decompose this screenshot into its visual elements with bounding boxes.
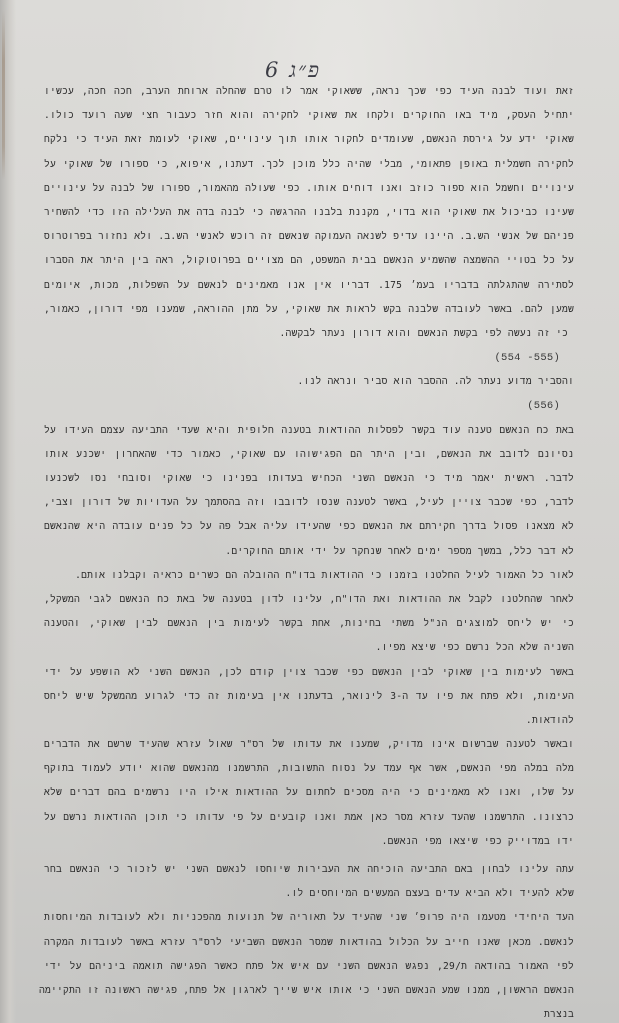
text-line: פניהם של אנשי הש.ב. היינו עדיפ לשנאה העמ… [44,225,574,249]
paragraph: ובאשר לטענה שברשום אינו מדויק, שמענו את … [44,733,574,854]
text-line: להודאות. [44,709,574,733]
text-line: העימות, ולא פתח את פיו עד ה-3 לינואר, בד… [44,685,574,709]
text-line: הנאשם הראשון, ממנו שמע הנאשם השני כי אות… [44,979,574,1003]
transcript-reference: (554 -555) [44,346,574,370]
text-line: לאחר שהחלטנו לקבל את ההודאות ואת הדו"ח, … [44,588,574,612]
text-line: כי זה נעשה לפי בקשת הנאשם והוא דורון נעת… [44,322,574,346]
text-line: ידו במדוייק כפי שיצאו מפי הנאשם. [44,830,574,854]
text-line: יתחיל העסק, מיד באו החוקרים ולקחו את שאו… [44,104,574,128]
text-line: על שלו, ואנו לא מאמינים כי היה מסכים לחת… [44,781,574,805]
text-line: שאוקי ידע על גירסת הנאשם, שעומדים לחקור … [44,128,574,152]
text-line: ובאשר לטענה שברשום אינו מדויק, שמענו את … [44,733,574,757]
text-line: זאת ועוד לבנה העיד כפי שכך נראה, ששאוקי … [44,80,574,104]
text-line: לא דבר כלל, במשך מספר ימים לאחר שנחקר על… [44,540,574,564]
paragraph: לאור כל האמור לעיל החלטנו בזמנו כי ההודא… [44,564,574,588]
text-line: והסביר מדוע נעתר לה. ההסבר הוא סביר ונרא… [44,370,574,394]
paragraph: באת כח הנאשם טענה עוד בקשר לפסלות ההודאו… [44,419,574,564]
text-line: שלא להעיד ולא הביא עדים בעצם המעשים המיו… [44,882,574,906]
text-line: לדבר. ראשית יאמר מיד כי הנאשם השני הכחיש… [44,467,574,491]
text-line: לדבר, כפי שכבר צויין לעיל, באשר לטענה שנ… [44,491,574,515]
text-line: לנאשם. מכאן שאנו חייב על הכלול בהודאות ש… [44,931,574,955]
text-line: עינויים וחשמל הוא ספור כוזב ואנו דוחים א… [44,177,574,201]
transcript-reference: (556) [44,394,574,418]
text-line: לאור כל האמור לעיל החלטנו בזמנו כי ההודא… [44,564,574,588]
text-line: שמען להם. באשר לעובדה שלבנה בקש לראות את… [44,298,574,322]
text-line: עתה עלינו לבחון באם התביעה הוכיחה את העב… [44,858,574,882]
text-line: כי יש ליחס למוצגים הנ"ל משתי בחינות, אחת… [44,612,574,636]
text-line: לחקירה חשמלית באופן פתאומי, מבלי שהיה כל… [44,153,574,177]
paragraph: זאת ועוד לבנה העיד כפי שכך נראה, ששאוקי … [44,80,574,370]
document-body: זאת ועוד לבנה העיד כפי שכך נראה, ששאוקי … [44,80,574,1023]
paragraph: לאחר שהחלטנו לקבל את ההודאות ואת הדו"ח, … [44,588,574,661]
paragraph: העד היחידי מטעמו היה פרופ׳ שני שהעיד על … [44,906,574,1023]
text-line: העד היחידי מטעמו היה פרופ׳ שני שהעיד על … [44,906,574,930]
text-line: השניה שלא הכל נרשם כפי שיצא מפיו. [44,636,574,660]
binding-shadow [2,10,5,180]
text-line: בנצרת [44,1003,574,1023]
text-line: לפי האמור בהודאה ת/29, נפגש הנאשם השני ע… [44,955,574,979]
text-line: באשר לעימות בין שאוקי לבין הנאשם כפי שכב… [44,661,574,685]
text-line: נסיונם לדובב את הנאשם, ובין היתר הם הפגי… [44,443,574,467]
paragraph: והסביר מדוע נעתר לה. ההסבר הוא סביר ונרא… [44,370,574,418]
text-line: באת כח הנאשם טענה עוד בקשר לפסלות ההודאו… [44,419,574,443]
text-line: מלה במלה מפי הנאשם, אשר אף עמד על נסוח ה… [44,757,574,781]
paragraph: באשר לעימות בין שאוקי לבין הנאשם כפי שכב… [44,661,574,734]
text-line: לא מצאנו פסול בדרך חקירתם את הנאשם כפי ש… [44,515,574,539]
text-line: לסתירה שהתגלתה בדבריו בעמ׳ 175. דבריו אי… [44,274,574,298]
text-line: כרצונו. התרשמנו שהעד עזרא מסר כאן אמת וא… [44,806,574,830]
text-line: על כל בטויי ההשמצה שהשמיע הנאשם בבית המש… [44,249,574,273]
scanned-document-page: פ״ג 6 זאת ועוד לבנה העיד כפי שכך נראה, ש… [0,0,619,1023]
paragraph: עתה עלינו לבחון באם התביעה הוכיחה את העב… [44,858,574,906]
text-line: שעינו כביכול את שאוקי הוא בדוי, מקננת בל… [44,201,574,225]
